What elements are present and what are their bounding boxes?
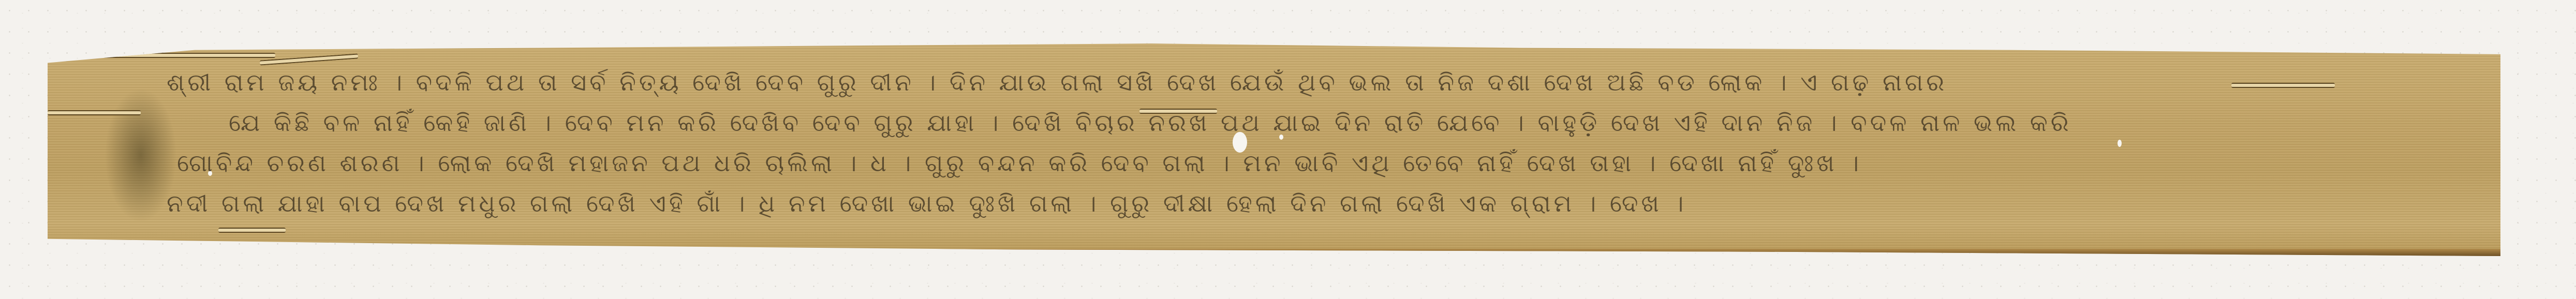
insect-damage (218, 228, 286, 233)
text-line: ଶ୍ରୀ ରାମ ଜୟ ନମଃ । ବଦଳି ପଥ ତା ସର୍ବ ନିତ୍ୟ … (167, 62, 2454, 102)
text-line: ଯେ କିଛି ବଳ ନାହିଁ କେହି ଜାଣି । ଦେବ ମନ କରି … (167, 102, 2454, 143)
manuscript-text: ଶ୍ରୀ ରାମ ଜୟ ନମଃ । ବଦଳି ପଥ ତା ସର୍ବ ନିତ୍ୟ … (167, 62, 2454, 223)
ink-stain (105, 88, 177, 222)
insect-damage (48, 110, 141, 115)
palm-leaf-manuscript: ଶ୍ରୀ ରାମ ଜୟ ନମଃ । ବଦଳି ପଥ ତା ସର୍ବ ନିତ୍ୟ … (48, 41, 2500, 256)
text-line: ଗୋବିନ୍ଦ ଚରଣ ଶରଣ । ଲୋକ ଦେଖି ମହାଜନ ପଥ ଧରି … (167, 143, 2454, 183)
text-line: ନଦୀ ଗଲା ଯାହା ବାପ ଦେଖ ମଧୁର ଗଲା ଦେଖି ଏହି ଗ… (167, 183, 2454, 223)
